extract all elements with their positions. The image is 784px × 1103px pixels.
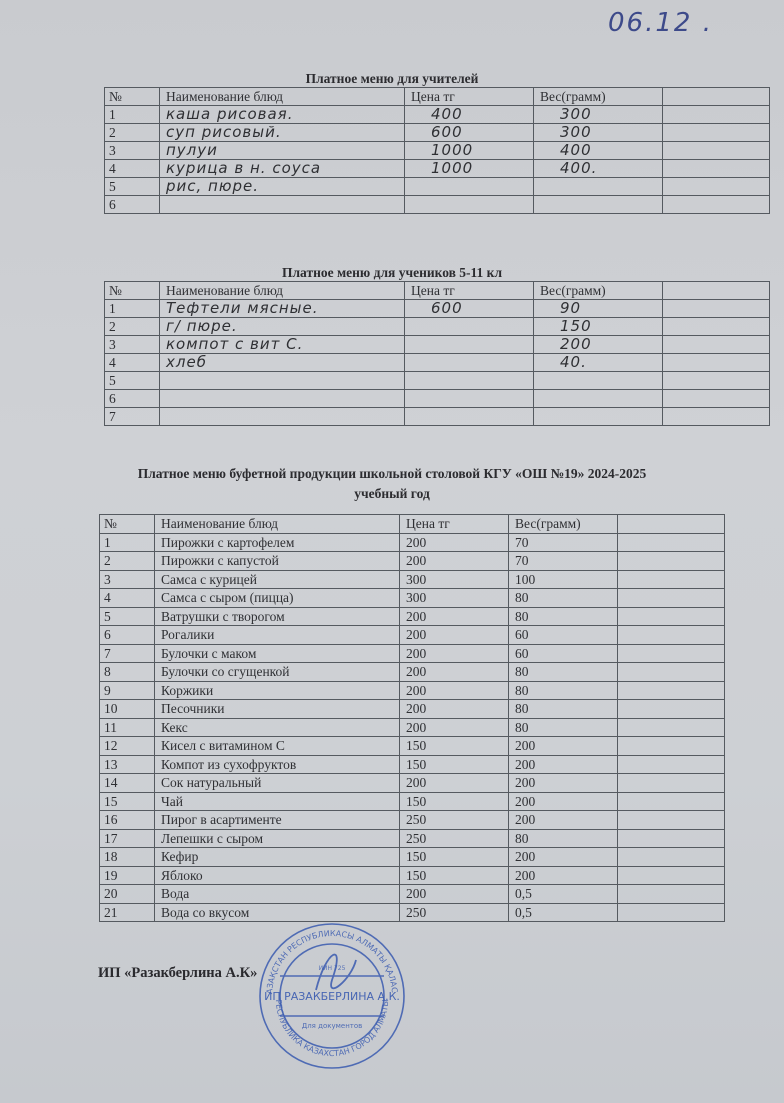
cell-name: Кефир: [155, 848, 400, 867]
column-header: Цена тг: [405, 88, 534, 106]
cell-price: 200: [400, 626, 509, 645]
cell-weight: 70: [509, 552, 618, 571]
table-row: 20Вода2000,5: [100, 885, 725, 904]
cell-num: 11: [100, 718, 155, 737]
cell-empty: [663, 160, 770, 178]
cell-num: 2: [105, 318, 160, 336]
cell-num: 6: [100, 626, 155, 645]
cell-name: Пирожки с картофелем: [155, 533, 400, 552]
cell-weight: [534, 408, 663, 426]
table-row: 3пулуи1000400: [105, 142, 770, 160]
table-row: 5Ватрушки с творогом20080: [100, 607, 725, 626]
cell-name: Кекс: [155, 718, 400, 737]
cell-price: 200: [400, 774, 509, 793]
cell-weight: 200: [509, 774, 618, 793]
column-header: Цена тг: [400, 515, 509, 534]
cell-name: г/ пюре.: [160, 318, 405, 336]
table-row: 6: [105, 196, 770, 214]
table-header-row: №Наименование блюдЦена тгВес(грамм): [105, 282, 770, 300]
cell-num: 9: [100, 681, 155, 700]
cell-weight: 0,5: [509, 903, 618, 922]
cell-empty: [663, 196, 770, 214]
cell-weight: [534, 178, 663, 196]
svg-text:ИИН 725: ИИН 725: [319, 965, 346, 972]
cell-weight: 200: [509, 848, 618, 867]
table-row: 1каша рисовая.400300: [105, 106, 770, 124]
cell-weight: 80: [509, 718, 618, 737]
column-header: №: [100, 515, 155, 534]
cell-empty: [618, 885, 725, 904]
cell-price: 1000: [405, 160, 534, 178]
column-header: [663, 88, 770, 106]
cell-weight: 200: [509, 811, 618, 830]
cell-weight: 0,5: [509, 885, 618, 904]
cell-name: [160, 390, 405, 408]
cell-price: 150: [400, 866, 509, 885]
cell-empty: [618, 829, 725, 848]
stamp-seal: ҚАЗАҚСТАН РЕСПУБЛИКАСЫ АЛМАТЫ ҚАЛАСЫ РЕС…: [256, 920, 408, 1072]
cell-price: 150: [400, 792, 509, 811]
cell-num: 3: [105, 336, 160, 354]
cell-empty: [618, 626, 725, 645]
cell-num: 4: [105, 354, 160, 372]
cell-num: 5: [100, 607, 155, 626]
cell-price: [405, 336, 534, 354]
cell-price: 200: [400, 552, 509, 571]
table-header-row: №Наименование блюдЦена тгВес(грамм): [100, 515, 725, 534]
column-header: Вес(грамм): [534, 88, 663, 106]
cell-price: 200: [400, 700, 509, 719]
cell-price: [405, 408, 534, 426]
buffet-menu-table: №Наименование блюдЦена тгВес(грамм)1Пиро…: [99, 514, 725, 922]
table-row: 2г/ пюре.150: [105, 318, 770, 336]
cell-num: 1: [105, 106, 160, 124]
cell-empty: [663, 390, 770, 408]
cell-empty: [663, 106, 770, 124]
cell-empty: [618, 663, 725, 682]
cell-price: 200: [400, 663, 509, 682]
table-row: 16Пирог в асартименте250200: [100, 811, 725, 830]
cell-empty: [663, 142, 770, 160]
cell-name: Яблоко: [155, 866, 400, 885]
cell-weight: 80: [509, 663, 618, 682]
column-header: Наименование блюд: [160, 282, 405, 300]
cell-empty: [663, 372, 770, 390]
cell-weight: 200: [509, 792, 618, 811]
cell-empty: [618, 607, 725, 626]
table-row: 7: [105, 408, 770, 426]
cell-weight: 80: [509, 700, 618, 719]
cell-num: 10: [100, 700, 155, 719]
cell-empty: [663, 408, 770, 426]
column-header: Вес(грамм): [534, 282, 663, 300]
cell-name: Ватрушки с творогом: [155, 607, 400, 626]
cell-weight: 150: [534, 318, 663, 336]
cell-weight: 70: [509, 533, 618, 552]
table-row: 1Тефтели мясные.60090: [105, 300, 770, 318]
cell-weight: 200: [509, 737, 618, 756]
table-row: 4хлеб40.: [105, 354, 770, 372]
cell-weight: 200: [534, 336, 663, 354]
cell-name: рис, пюре.: [160, 178, 405, 196]
cell-price: 400: [405, 106, 534, 124]
students-menu-title: Платное меню для учеников 5-11 кл: [0, 265, 784, 281]
cell-weight: 300: [534, 124, 663, 142]
cell-num: 5: [105, 178, 160, 196]
cell-price: [405, 372, 534, 390]
cell-empty: [618, 681, 725, 700]
cell-weight: 40.: [534, 354, 663, 372]
table-row: 6: [105, 390, 770, 408]
table-header-row: №Наименование блюдЦена тгВес(грамм): [105, 88, 770, 106]
cell-num: 6: [105, 196, 160, 214]
table-row: 12Кисел с витамином С150200: [100, 737, 725, 756]
cell-num: 15: [100, 792, 155, 811]
column-header: [663, 282, 770, 300]
column-header: Цена тг: [405, 282, 534, 300]
cell-name: Булочки со сгущенкой: [155, 663, 400, 682]
students-menu-table: №Наименование блюдЦена тгВес(грамм)1Тефт…: [104, 281, 770, 426]
cell-num: 4: [105, 160, 160, 178]
cell-name: Булочки с маком: [155, 644, 400, 663]
cell-weight: 60: [509, 644, 618, 663]
cell-empty: [663, 336, 770, 354]
cell-price: 200: [400, 644, 509, 663]
cell-price: 300: [400, 570, 509, 589]
cell-empty: [663, 318, 770, 336]
stamp-icon: ҚАЗАҚСТАН РЕСПУБЛИКАСЫ АЛМАТЫ ҚАЛАСЫ РЕС…: [256, 920, 408, 1072]
cell-num: 20: [100, 885, 155, 904]
cell-name: Самса с курицей: [155, 570, 400, 589]
cell-num: 14: [100, 774, 155, 793]
cell-num: 12: [100, 737, 155, 756]
table-row: 21Вода со вкусом2500,5: [100, 903, 725, 922]
cell-price: 300: [400, 589, 509, 608]
cell-name: Кисел с витамином С: [155, 737, 400, 756]
cell-name: Чай: [155, 792, 400, 811]
column-header: Вес(грамм): [509, 515, 618, 534]
cell-empty: [618, 737, 725, 756]
table-row: 9Коржики20080: [100, 681, 725, 700]
table-row: 11Кекс20080: [100, 718, 725, 737]
cell-name: Вода: [155, 885, 400, 904]
cell-weight: 300: [534, 106, 663, 124]
cell-empty: [618, 848, 725, 867]
cell-price: [405, 318, 534, 336]
cell-num: 2: [105, 124, 160, 142]
table-row: 7Булочки с маком20060: [100, 644, 725, 663]
cell-num: 1: [105, 300, 160, 318]
cell-price: 150: [400, 848, 509, 867]
cell-empty: [618, 718, 725, 737]
cell-empty: [618, 570, 725, 589]
table-row: 10Песочники20080: [100, 700, 725, 719]
cell-empty: [618, 774, 725, 793]
cell-name: Рогалики: [155, 626, 400, 645]
cell-num: 21: [100, 903, 155, 922]
cell-num: 18: [100, 848, 155, 867]
cell-num: 4: [100, 589, 155, 608]
cell-weight: 80: [509, 607, 618, 626]
cell-name: Вода со вкусом: [155, 903, 400, 922]
cell-weight: 100: [509, 570, 618, 589]
table-row: 8Булочки со сгущенкой20080: [100, 663, 725, 682]
table-row: 2Пирожки с капустой20070: [100, 552, 725, 571]
cell-weight: 80: [509, 589, 618, 608]
cell-name: каша рисовая.: [160, 106, 405, 124]
table-row: 15Чай150200: [100, 792, 725, 811]
cell-name: пулуи: [160, 142, 405, 160]
cell-price: 250: [400, 829, 509, 848]
cell-price: [405, 196, 534, 214]
table-row: 4Самса с сыром (пицца)30080: [100, 589, 725, 608]
table-row: 19Яблоко150200: [100, 866, 725, 885]
cell-weight: 200: [509, 755, 618, 774]
cell-empty: [618, 552, 725, 571]
cell-price: 200: [400, 533, 509, 552]
table-row: 1Пирожки с картофелем20070: [100, 533, 725, 552]
cell-weight: 80: [509, 829, 618, 848]
cell-weight: [534, 390, 663, 408]
table-row: 13Компот из сухофруктов150200: [100, 755, 725, 774]
table-row: 3компот с вит С.200: [105, 336, 770, 354]
cell-num: 1: [100, 533, 155, 552]
cell-num: 6: [105, 390, 160, 408]
cell-name: Коржики: [155, 681, 400, 700]
cell-price: 250: [400, 903, 509, 922]
cell-num: 17: [100, 829, 155, 848]
cell-empty: [663, 354, 770, 372]
column-header: №: [105, 88, 160, 106]
cell-empty: [663, 178, 770, 196]
cell-num: 19: [100, 866, 155, 885]
cell-empty: [618, 811, 725, 830]
cell-name: Самса с сыром (пицца): [155, 589, 400, 608]
cell-empty: [663, 124, 770, 142]
cell-price: 600: [405, 300, 534, 318]
svg-text:ИП РАЗАКБЕРЛИНА А.К.: ИП РАЗАКБЕРЛИНА А.К.: [264, 990, 400, 1003]
table-row: 14Сок натуральный200200: [100, 774, 725, 793]
cell-name: Песочники: [155, 700, 400, 719]
cell-num: 16: [100, 811, 155, 830]
table-row: 5: [105, 372, 770, 390]
signature-label: ИП «Разакберлина А.К»: [98, 965, 257, 982]
cell-num: 13: [100, 755, 155, 774]
cell-weight: 400.: [534, 160, 663, 178]
cell-name: [160, 196, 405, 214]
cell-price: 250: [400, 811, 509, 830]
table-row: 6Рогалики20060: [100, 626, 725, 645]
cell-name: [160, 372, 405, 390]
column-header: №: [105, 282, 160, 300]
buffet-menu-title-line2: учебный год: [0, 486, 784, 502]
svg-text:Для документов: Для документов: [302, 1022, 363, 1030]
cell-price: 150: [400, 737, 509, 756]
cell-name: хлеб: [160, 354, 405, 372]
table-row: 5рис, пюре.: [105, 178, 770, 196]
cell-price: 200: [400, 607, 509, 626]
cell-empty: [618, 644, 725, 663]
cell-name: Лепешки с сыром: [155, 829, 400, 848]
cell-name: Сок натуральный: [155, 774, 400, 793]
cell-empty: [618, 533, 725, 552]
teachers-menu-table: №Наименование блюдЦена тгВес(грамм)1каша…: [104, 87, 770, 214]
cell-num: 8: [100, 663, 155, 682]
cell-weight: 400: [534, 142, 663, 160]
cell-num: 7: [105, 408, 160, 426]
cell-name: Пирог в асартименте: [155, 811, 400, 830]
cell-empty: [618, 700, 725, 719]
svg-text:ҚАЗАҚСТАН РЕСПУБЛИКАСЫ АЛМАТЫ: ҚАЗАҚСТАН РЕСПУБЛИКАСЫ АЛМАТЫ ҚАЛАСЫ: [256, 920, 399, 994]
cell-name: Тефтели мясные.: [160, 300, 405, 318]
table-row: 3Самса с курицей300100: [100, 570, 725, 589]
column-header: [618, 515, 725, 534]
cell-weight: 200: [509, 866, 618, 885]
cell-empty: [618, 589, 725, 608]
cell-name: суп рисовый.: [160, 124, 405, 142]
cell-num: 3: [105, 142, 160, 160]
cell-weight: [534, 196, 663, 214]
buffet-menu-title-line1: Платное меню буфетной продукции школьной…: [0, 466, 784, 482]
cell-price: 1000: [405, 142, 534, 160]
cell-weight: 80: [509, 681, 618, 700]
cell-weight: 90: [534, 300, 663, 318]
table-row: 4курица в н. соуса1000400.: [105, 160, 770, 178]
table-row: 17Лепешки с сыром25080: [100, 829, 725, 848]
table-row: 2суп рисовый.600300: [105, 124, 770, 142]
cell-empty: [618, 866, 725, 885]
teachers-menu-title: Платное меню для учителей: [0, 71, 784, 87]
cell-name: Пирожки с капустой: [155, 552, 400, 571]
cell-name: курица в н. соуса: [160, 160, 405, 178]
cell-price: 150: [400, 755, 509, 774]
cell-price: 200: [400, 681, 509, 700]
cell-price: [405, 354, 534, 372]
cell-num: 2: [100, 552, 155, 571]
cell-price: 200: [400, 718, 509, 737]
cell-empty: [618, 903, 725, 922]
column-header: Наименование блюд: [160, 88, 405, 106]
cell-price: 600: [405, 124, 534, 142]
table-row: 18Кефир150200: [100, 848, 725, 867]
cell-empty: [663, 300, 770, 318]
cell-weight: 60: [509, 626, 618, 645]
cell-name: [160, 408, 405, 426]
cell-price: 200: [400, 885, 509, 904]
cell-num: 7: [100, 644, 155, 663]
cell-name: компот с вит С.: [160, 336, 405, 354]
handwritten-date: 06.12 .: [608, 8, 713, 38]
cell-price: [405, 178, 534, 196]
column-header: Наименование блюд: [155, 515, 400, 534]
cell-empty: [618, 792, 725, 811]
cell-num: 5: [105, 372, 160, 390]
cell-num: 3: [100, 570, 155, 589]
cell-price: [405, 390, 534, 408]
cell-empty: [618, 755, 725, 774]
cell-name: Компот из сухофруктов: [155, 755, 400, 774]
cell-weight: [534, 372, 663, 390]
